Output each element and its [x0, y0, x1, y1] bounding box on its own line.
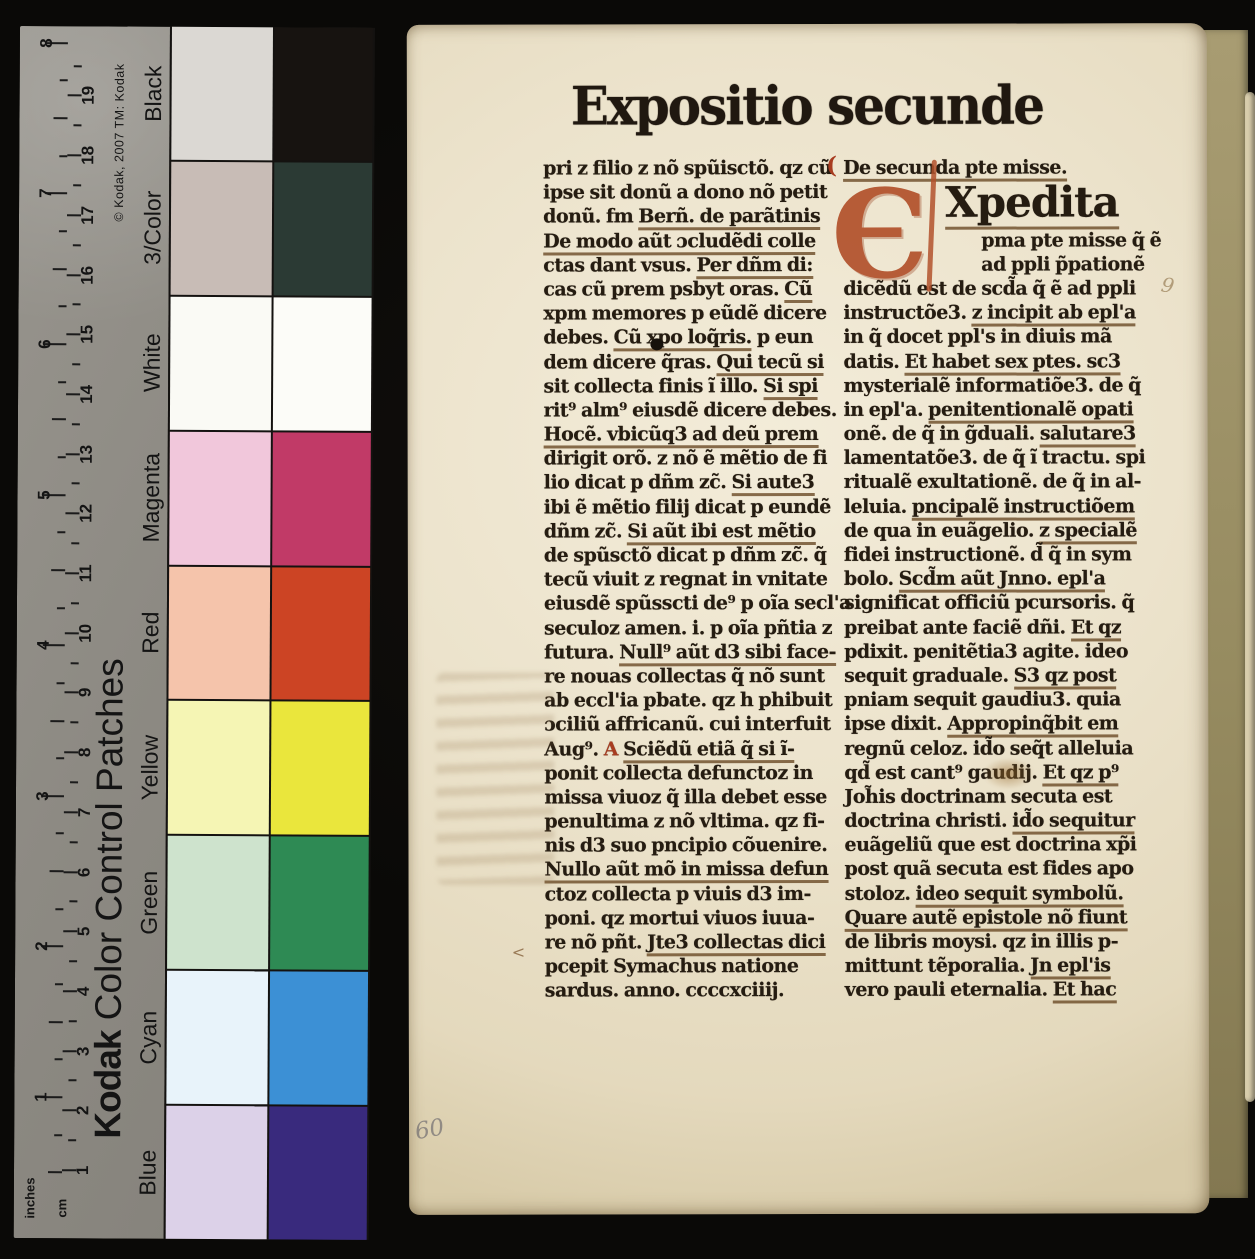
- ruler-tick: [73, 304, 81, 306]
- text-line: re nõ pñt. Jte3 collectas dici: [545, 930, 851, 955]
- text-line: Quare autẽ epistole nõ fiunt: [845, 905, 1167, 930]
- patch-label: White: [139, 334, 166, 393]
- ruler-tick: [73, 244, 81, 246]
- text-line: lamentatõe3. de q̃ ĩ tractu. spi: [844, 446, 1166, 471]
- ruler-number: 7: [36, 189, 56, 199]
- ruler-tick: [50, 720, 64, 722]
- card-title-text: Color Control Patches: [88, 658, 131, 1030]
- color-patch-white-dark: [273, 297, 372, 430]
- text-line: post quã secuta est fides apo: [844, 857, 1166, 882]
- ruler-tick: [71, 542, 79, 544]
- text-line: ɔciliũ affricanũ. cui interfuit: [544, 712, 850, 737]
- text-line: fidei instructionẽ. d̃ q̃ in sym: [844, 542, 1166, 567]
- ruler-tick: [70, 781, 78, 783]
- patch-grid: [164, 27, 375, 1240]
- patch-label: Green: [136, 871, 163, 935]
- ruler-tick: [50, 870, 64, 872]
- patch-label: Cyan: [135, 1011, 162, 1065]
- color-patch-black-light: [171, 27, 273, 160]
- ruler-number: 2: [32, 942, 52, 952]
- color-patch-cyan-dark: [269, 972, 368, 1105]
- ruler-tick: [71, 602, 79, 604]
- text-line: ad ppli p̃pationẽ: [981, 252, 1165, 277]
- text-line: sit collecta finis ĩ illo. Si spi: [543, 374, 849, 399]
- ruler-tick: [73, 184, 81, 186]
- color-patch-yellow-dark: [271, 702, 370, 835]
- ruler-number: 11: [76, 564, 96, 582]
- ruler-tick: [57, 531, 65, 533]
- text-line: ibi ẽ mẽtio filij dicat p eundẽ: [544, 495, 850, 520]
- text-line: pma pte misse q̃ ẽ: [981, 228, 1165, 253]
- ruler-tick: [55, 983, 63, 985]
- text-line: pcepit Symachus natione: [545, 954, 851, 979]
- text-line: pniam sequit gaudiu3. quia: [844, 687, 1166, 712]
- text-line: pdixit. penitẽtia3 agite. ideo: [844, 639, 1166, 664]
- text-line: in epl'a. penitentionalẽ opati: [844, 397, 1166, 422]
- ruler-tick: [56, 757, 64, 759]
- ruler-tick: [52, 418, 66, 420]
- ruler-number: 8: [37, 38, 57, 48]
- ruler-tick: [58, 456, 66, 458]
- ruler-tick: [53, 268, 67, 270]
- ruler-tick: [59, 230, 67, 232]
- text-line: dñm zc̃. Si aũt ibi est mẽtio: [544, 519, 850, 544]
- ruler-inches-label: inches: [22, 1177, 37, 1218]
- ruler-tick: [59, 155, 67, 157]
- text-line: donũ. fm Berñ. de parãtinis: [543, 204, 849, 229]
- patch-label: Red: [137, 612, 164, 654]
- ruler-tick: [57, 682, 65, 684]
- ruler-tick: [57, 607, 65, 609]
- ink-showthrough: [436, 673, 554, 885]
- color-patch-yellow-light: [168, 701, 270, 834]
- page-title: Expositio secunde: [407, 73, 1207, 137]
- text-line: euãgeliũ que est doctrina xp̃i: [844, 833, 1166, 858]
- text-line: mittunt tẽporalia. Jn epl'is: [845, 953, 1167, 978]
- next-leaf-edge: [1245, 92, 1255, 1102]
- ruler-number: 6: [35, 339, 55, 349]
- text-line: dem dicere q̃ras. Qui tecũ si: [543, 349, 849, 374]
- text-line: pri z filio z nõ spũisctõ. qz cũ: [543, 156, 849, 181]
- text-line: sardus. anno. ccccxciiij.: [545, 978, 851, 1003]
- ruler-tick: [48, 1171, 62, 1173]
- kodak-color-card: 1234567812345678910111213141516171819 in…: [14, 26, 373, 1240]
- text-line: De modo aũt ɔcludẽdi colle: [543, 228, 849, 253]
- ruler-tick: [56, 833, 64, 835]
- text-line: onẽ. de q̃ in g̃duali. salutare3: [844, 421, 1166, 446]
- ruler-number: 14: [77, 385, 97, 404]
- ruler-tick: [74, 65, 82, 67]
- text-line: de libris moysi. qz in illis p-: [845, 929, 1167, 954]
- ruler-tick: [59, 306, 67, 308]
- color-patch-black-dark: [274, 27, 373, 160]
- color-patch-blue-dark: [269, 1106, 368, 1239]
- copyright-text: © Kodak, 2007 TM: Kodak: [112, 63, 127, 221]
- text-line: nis d3 suo pncipio cõuenire.: [544, 833, 850, 858]
- ruler-number: 5: [35, 490, 55, 500]
- ruler-tick: [70, 841, 78, 843]
- patch-label: Magenta: [138, 453, 165, 543]
- ruler-tick: [72, 483, 80, 485]
- ruler-tick: [55, 1059, 63, 1061]
- text-line: Aug⁹. A Sciẽdũ etiã q̃ si ĩ-: [544, 736, 850, 761]
- text-line: bolo. Scd̃m aũt Jnno. epl'a: [844, 566, 1166, 591]
- text-line: cas cũ prem psbyt oras. Cũ: [543, 277, 849, 302]
- color-patch-green-light: [167, 836, 269, 969]
- patch-label: Yellow: [136, 735, 163, 801]
- ruler-number: 13: [77, 444, 97, 463]
- text-line: ipse dixit. Appropinq̃bit em: [844, 712, 1166, 737]
- color-patch-green-dark: [270, 837, 369, 970]
- text-line: ctoz collecta p viuis d3 im-: [545, 882, 851, 907]
- ruler-tick: [71, 662, 79, 664]
- ruler-number: 1: [73, 1166, 93, 1176]
- text-line: Xpedita: [945, 179, 1165, 228]
- ruler-tick: [73, 125, 81, 127]
- ruler-tick: [55, 908, 63, 910]
- text-line: ctas dant vsus. Per dñm di:: [543, 253, 849, 278]
- rubric-initial: Є: [831, 178, 935, 304]
- patch-label: 3/Color: [139, 191, 166, 265]
- ruler-number: 10: [76, 624, 96, 643]
- text-line: seculoz amen. i. p oĩa pñtia z: [544, 615, 850, 640]
- color-patch-blue-light: [166, 1106, 268, 1239]
- ruler-tick: [69, 1020, 77, 1022]
- ruler-number: 19: [79, 86, 99, 105]
- ruler-number: 18: [78, 146, 98, 165]
- text-line: datis. Et habet sex ptes. sc3: [843, 349, 1165, 374]
- pen-mark: 9: [1159, 272, 1176, 298]
- color-patch-3-color-dark: [274, 162, 373, 295]
- text-line: mysterialẽ informatiõe3. de q̃: [843, 373, 1165, 398]
- text-line: rit⁹ alm⁹ eiusdẽ dicere debes.: [544, 398, 850, 423]
- color-patch-red-light: [168, 566, 270, 699]
- text-line: poni. qz mortui viuos iuua-: [545, 906, 851, 931]
- text-line: in q̃ docet ppl's in diuis mã: [843, 325, 1165, 350]
- ruler-tick: [69, 901, 77, 903]
- ruler-tick: [70, 722, 78, 724]
- text-line: de qua in euãgelio. z specialẽ: [844, 518, 1166, 543]
- text-line: de spũsctõ dicat p dñm zc̃. q̃: [544, 543, 850, 568]
- text-line: ponit collecta defunctoz in: [544, 761, 850, 786]
- text-line: ritualẽ exultationẽ. de q̃ in al-: [844, 470, 1166, 495]
- text-line: dirigit orõ. z nõ ẽ mẽtio de fi: [544, 446, 850, 471]
- color-patch-cyan-light: [166, 971, 268, 1104]
- text-line: Hocẽ. vbicũq3 ad deũ prem: [544, 422, 850, 447]
- text-line: debes. Cũ xpo loq̃ris. p eun: [543, 325, 849, 350]
- ruler-tick: [69, 960, 77, 962]
- text-line: leluia. pncipalẽ instructiõem: [844, 494, 1166, 519]
- ruler-tick: [49, 1021, 63, 1023]
- ruler-tick: [72, 423, 80, 425]
- ruler-tick: [54, 1134, 62, 1136]
- ruler-tick: [72, 363, 80, 365]
- text-line: doctrina christi. id̃o sequitur: [844, 808, 1166, 833]
- text-line: futura. Null⁹ aũt d3 sibi face-: [544, 640, 850, 665]
- text-line: xpm memores p eũdẽ dicere: [543, 301, 849, 326]
- card-brand-title: Kodak Color Control Patches: [87, 658, 132, 1139]
- ruler-number: 4: [34, 641, 54, 651]
- text-line: ipse sit donũ a dono nõ petit: [543, 180, 849, 205]
- ruler-number: 3: [33, 791, 53, 801]
- ruler-tick: [58, 381, 66, 383]
- ruler-number: 12: [76, 504, 96, 523]
- patch-label: Black: [140, 65, 167, 121]
- text-column-left: pri z filio z nõ spũisctõ. qz cũipse sit…: [543, 156, 851, 1003]
- text-line: Nullo aũt mõ in missa defun: [544, 857, 850, 882]
- color-patch-3-color-light: [171, 162, 273, 295]
- ruler-tick: [68, 1080, 76, 1082]
- text-line: sequit graduale. S3 qz post: [844, 663, 1166, 688]
- text-line: vero pauli eternalia. Et hac: [845, 978, 1167, 1003]
- text-line: eiusdẽ spũsscti de⁹ p oĩa secl'a: [544, 591, 850, 616]
- text-line: ab eccl'ia pbate. qz h phibuit: [544, 688, 850, 713]
- ruler-number: 16: [78, 265, 98, 284]
- text-line: penultima z nõ vltima. qz fi-: [544, 809, 850, 834]
- ruler-tick: [54, 117, 68, 119]
- ruler-cm-label: cm: [54, 1199, 69, 1218]
- color-patch-magenta-light: [169, 431, 271, 564]
- ruler-tick: [68, 1139, 76, 1141]
- ruler-number: 17: [78, 206, 98, 225]
- ruler-number: 15: [77, 325, 97, 344]
- patch-label: Blue: [134, 1149, 161, 1195]
- color-patch-red-dark: [271, 567, 370, 700]
- color-patch-white-light: [170, 297, 272, 430]
- photo-scene: 1234567812345678910111213141516171819 in…: [0, 0, 1255, 1259]
- text-line: missa viuoz q̃ illa debet esse: [544, 785, 850, 810]
- ruler-tick: [60, 80, 68, 82]
- margin-mark: <: [512, 943, 525, 962]
- ink-blot: [650, 338, 663, 350]
- text-line: stoloz. ideo sequit symbolũ.: [845, 881, 1167, 906]
- color-patch-magenta-dark: [272, 432, 371, 565]
- text-column-right: ( De secunda pte misse. Є Xpeditapma pte…: [843, 155, 1167, 1002]
- book-page: Expositio secunde pri z filio z nõ spũis…: [407, 23, 1209, 1215]
- text-line: preibat ante faciẽ dñi. Et qz: [844, 615, 1166, 640]
- pencil-note: 60: [413, 1114, 446, 1145]
- text-line: tecũ viuit z regnat in vnitate: [544, 567, 850, 592]
- text-line: significat officiũ pcursoris. q̃: [844, 591, 1166, 616]
- kodak-logo-text: Kodak: [87, 1030, 129, 1138]
- text-line: re nouas collectas q̃ nõ sunt: [544, 664, 850, 689]
- text-line: lio dicat p dñm zc̃. Si aute3: [544, 470, 850, 495]
- ruler-number: 1: [31, 1092, 51, 1102]
- ruler-tick: [51, 569, 65, 571]
- stain: [982, 758, 1034, 790]
